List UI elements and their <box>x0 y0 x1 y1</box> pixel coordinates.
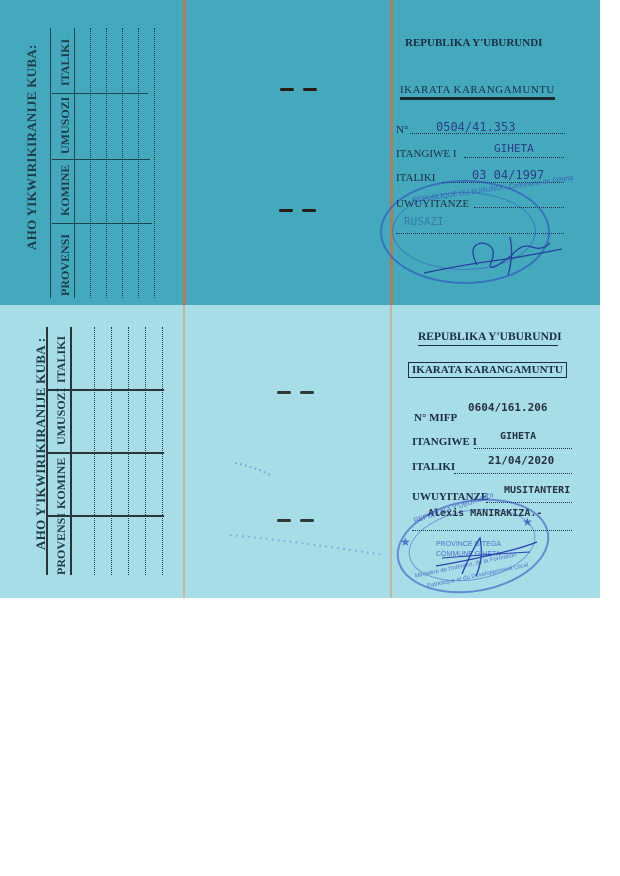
table-header-divider <box>74 28 75 298</box>
old-card-identity-panel: REPUBLIKA Y'UBURUNDI IKARATA KARANGAMUNT… <box>392 0 597 305</box>
entry-line <box>128 327 129 575</box>
date-value: 21/04/2020 <box>488 454 554 467</box>
number-label: N° <box>396 124 408 136</box>
fill-line <box>464 157 564 158</box>
entry-line <box>106 28 107 298</box>
new-card-inner-panel <box>185 305 392 598</box>
staple-mark <box>277 391 291 394</box>
column-komine: KOMINE <box>54 458 69 509</box>
column-provensi: PROVENSI <box>54 513 69 575</box>
card-title: IKARATA KARANGAMUNTU <box>400 84 555 96</box>
ink-smudge <box>225 455 390 565</box>
new-card-identity-panel: REPUBLIKA Y'UBURUNDI IKARATA KARANGAMUNT… <box>392 305 597 598</box>
column-komine: KOMINE <box>58 165 73 216</box>
republic-heading: REPUBLIKA Y'UBURUNDI <box>418 331 562 343</box>
column-divider <box>52 223 152 224</box>
column-divider <box>52 159 150 160</box>
signature <box>422 225 567 280</box>
issued-at-label: ITANGIWE I <box>412 436 477 448</box>
column-divider <box>52 93 148 94</box>
staple-mark <box>300 391 314 394</box>
staple-mark <box>280 88 294 91</box>
republic-heading: REPUBLIKA Y'UBURUNDI <box>405 37 542 49</box>
fill-line <box>474 448 572 449</box>
column-italiki: ITALIKI <box>58 39 73 86</box>
staple-mark <box>302 209 316 212</box>
star-icon: ★ <box>522 515 533 530</box>
entry-line <box>162 327 163 575</box>
entry-line <box>94 327 95 575</box>
number-value: 0604/161.206 <box>468 401 547 414</box>
issued-at-value: GIHETA <box>494 142 534 155</box>
fill-line <box>454 473 572 474</box>
heading-underline <box>418 345 558 346</box>
star-icon: ★ <box>400 535 411 550</box>
entry-line <box>154 28 155 298</box>
signature <box>432 530 542 580</box>
date-label: ITALIKI <box>396 172 435 184</box>
issued-at-label: ITANGIWE I <box>396 148 457 160</box>
table-border <box>50 28 51 298</box>
staple-mark <box>303 88 317 91</box>
number-label: N° MIFP <box>414 412 457 424</box>
new-id-card: AHO Y'IKWIRIKIRANIJE KUBA : PROVENSI KOM… <box>0 305 600 598</box>
number-value: 0504/41.353 <box>436 120 515 134</box>
entry-line <box>111 327 112 575</box>
date-label: ITALIKI <box>412 461 455 473</box>
table-header-divider <box>70 327 72 575</box>
issued-at-value: GIHETA <box>500 431 536 442</box>
old-id-card: AHO YIKWIRIKIRANIJE KUBA: PROVENSI KOMIN… <box>0 0 600 305</box>
column-divider <box>48 452 164 454</box>
entry-line <box>90 28 91 298</box>
old-card-residence-panel: AHO YIKWIRIKIRANIJE KUBA: PROVENSI KOMIN… <box>0 0 186 305</box>
title-underline <box>400 97 555 100</box>
column-provensi: PROVENSI <box>58 234 73 296</box>
entry-line <box>122 28 123 298</box>
entry-line <box>138 28 139 298</box>
fill-line <box>410 133 565 134</box>
column-umusozi: UMUSOZI <box>54 388 69 445</box>
entry-line <box>145 327 146 575</box>
column-umusozi: UMUSOZI <box>58 97 73 154</box>
residence-table: PROVENSI KOMINE UMUSOZI ITALIKI <box>50 28 160 298</box>
residence-title: AHO YIKWIRIKIRANIJE KUBA: <box>24 44 40 250</box>
table-border <box>46 327 48 575</box>
signatory-title: MUSITANTERI <box>504 485 570 496</box>
staple-mark <box>279 209 293 212</box>
old-card-inner-panel <box>185 0 393 305</box>
residence-table: PROVENSI KOMINE UMUSOZI ITALIKI <box>46 327 164 575</box>
column-italiki: ITALIKI <box>54 336 69 383</box>
new-card-residence-panel: AHO Y'IKWIRIKIRANIJE KUBA : PROVENSI KOM… <box>0 305 185 598</box>
card-title: IKARATA KARANGAMUNTU <box>408 362 567 378</box>
